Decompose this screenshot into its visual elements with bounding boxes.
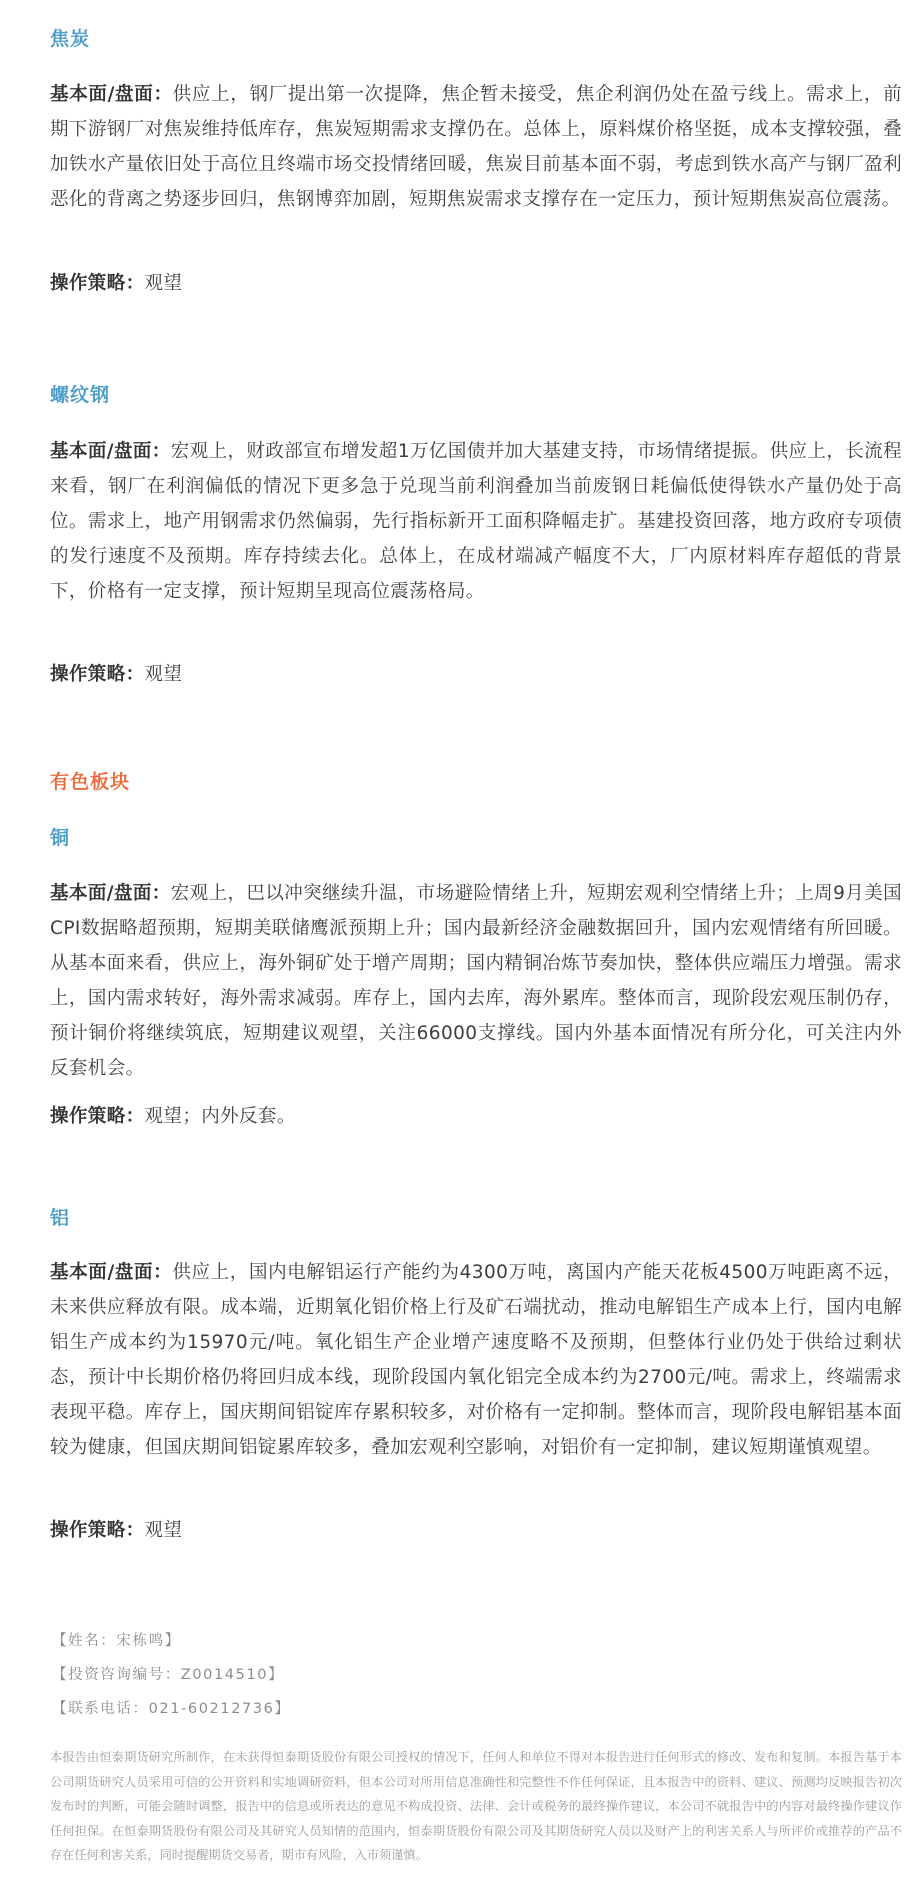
- coke-strategy-text: 观望: [145, 273, 183, 294]
- analyst-phone: 【联系电话：021-60212736】: [52, 1698, 291, 1720]
- coke-fundamental-text: 供应上，钢厂提出第一次提降，焦企暂未接受，焦企利润仍处在盈亏线上。需求上，前期下…: [50, 84, 902, 210]
- rebar-strategy: 操作策略：观望: [50, 657, 182, 692]
- aluminum-strategy-label: 操作策略：: [50, 1520, 145, 1541]
- aluminum-strategy: 操作策略：观望: [50, 1513, 182, 1548]
- coke-fundamental: 基本面/盘面：供应上，钢厂提出第一次提降，焦企暂未接受，焦企利润仍处在盈亏线上。…: [50, 77, 902, 217]
- coke-strategy-label: 操作策略：: [50, 273, 145, 294]
- aluminum-fundamental-label: 基本面/盘面：: [50, 1262, 172, 1283]
- copper-fundamental-text: 宏观上，巴以冲突继续升温，市场避险情绪上升，短期宏观利空情绪上升；上周9月美国C…: [50, 883, 902, 1079]
- analyst-license: 【投资咨询编号：Z0014510】: [52, 1664, 284, 1686]
- report-page: 焦炭 基本面/盘面：供应上，钢厂提出第一次提降，焦企暂未接受，焦企利润仍处在盈亏…: [0, 0, 913, 1898]
- copper-strategy-text: 观望；内外反套。: [145, 1106, 296, 1127]
- copper-strategy: 操作策略：观望；内外反套。: [50, 1099, 296, 1134]
- aluminum-fundamental: 基本面/盘面：供应上，国内电解铝运行产能约为4300万吨，离国内产能天花板450…: [50, 1255, 902, 1465]
- coke-fundamental-label: 基本面/盘面：: [50, 84, 173, 105]
- disclaimer: 本报告由恒泰期货研究所制作，在未获得恒泰期货股份有限公司授权的情况下，任何人和单…: [50, 1745, 902, 1868]
- aluminum-strategy-text: 观望: [145, 1520, 183, 1541]
- rebar-heading: 螺纹钢: [50, 383, 110, 407]
- rebar-strategy-text: 观望: [145, 664, 183, 685]
- copper-fundamental: 基本面/盘面：宏观上，巴以冲突继续升温，市场避险情绪上升，短期宏观利空情绪上升；…: [50, 876, 902, 1086]
- analyst-name: 【姓名：宋栋鸣】: [52, 1630, 181, 1652]
- rebar-fundamental: 基本面/盘面：宏观上，财政部宣布增发超1万亿国债并加大基建支持，市场情绪提振。供…: [50, 434, 902, 609]
- coke-strategy: 操作策略：观望: [50, 266, 182, 301]
- copper-fundamental-label: 基本面/盘面：: [50, 883, 171, 904]
- copper-heading: 铜: [50, 826, 70, 850]
- aluminum-fundamental-text: 供应上，国内电解铝运行产能约为4300万吨，离国内产能天花板4500万吨距离不远…: [50, 1262, 902, 1458]
- rebar-fundamental-label: 基本面/盘面：: [50, 441, 171, 462]
- aluminum-heading: 铝: [50, 1206, 70, 1230]
- coke-heading: 焦炭: [50, 27, 90, 51]
- copper-strategy-label: 操作策略：: [50, 1106, 145, 1127]
- rebar-strategy-label: 操作策略：: [50, 664, 145, 685]
- rebar-fundamental-text: 宏观上，财政部宣布增发超1万亿国债并加大基建支持，市场情绪提振。供应上，长流程来…: [50, 441, 902, 602]
- nonferrous-sector-heading: 有色板块: [50, 770, 130, 794]
